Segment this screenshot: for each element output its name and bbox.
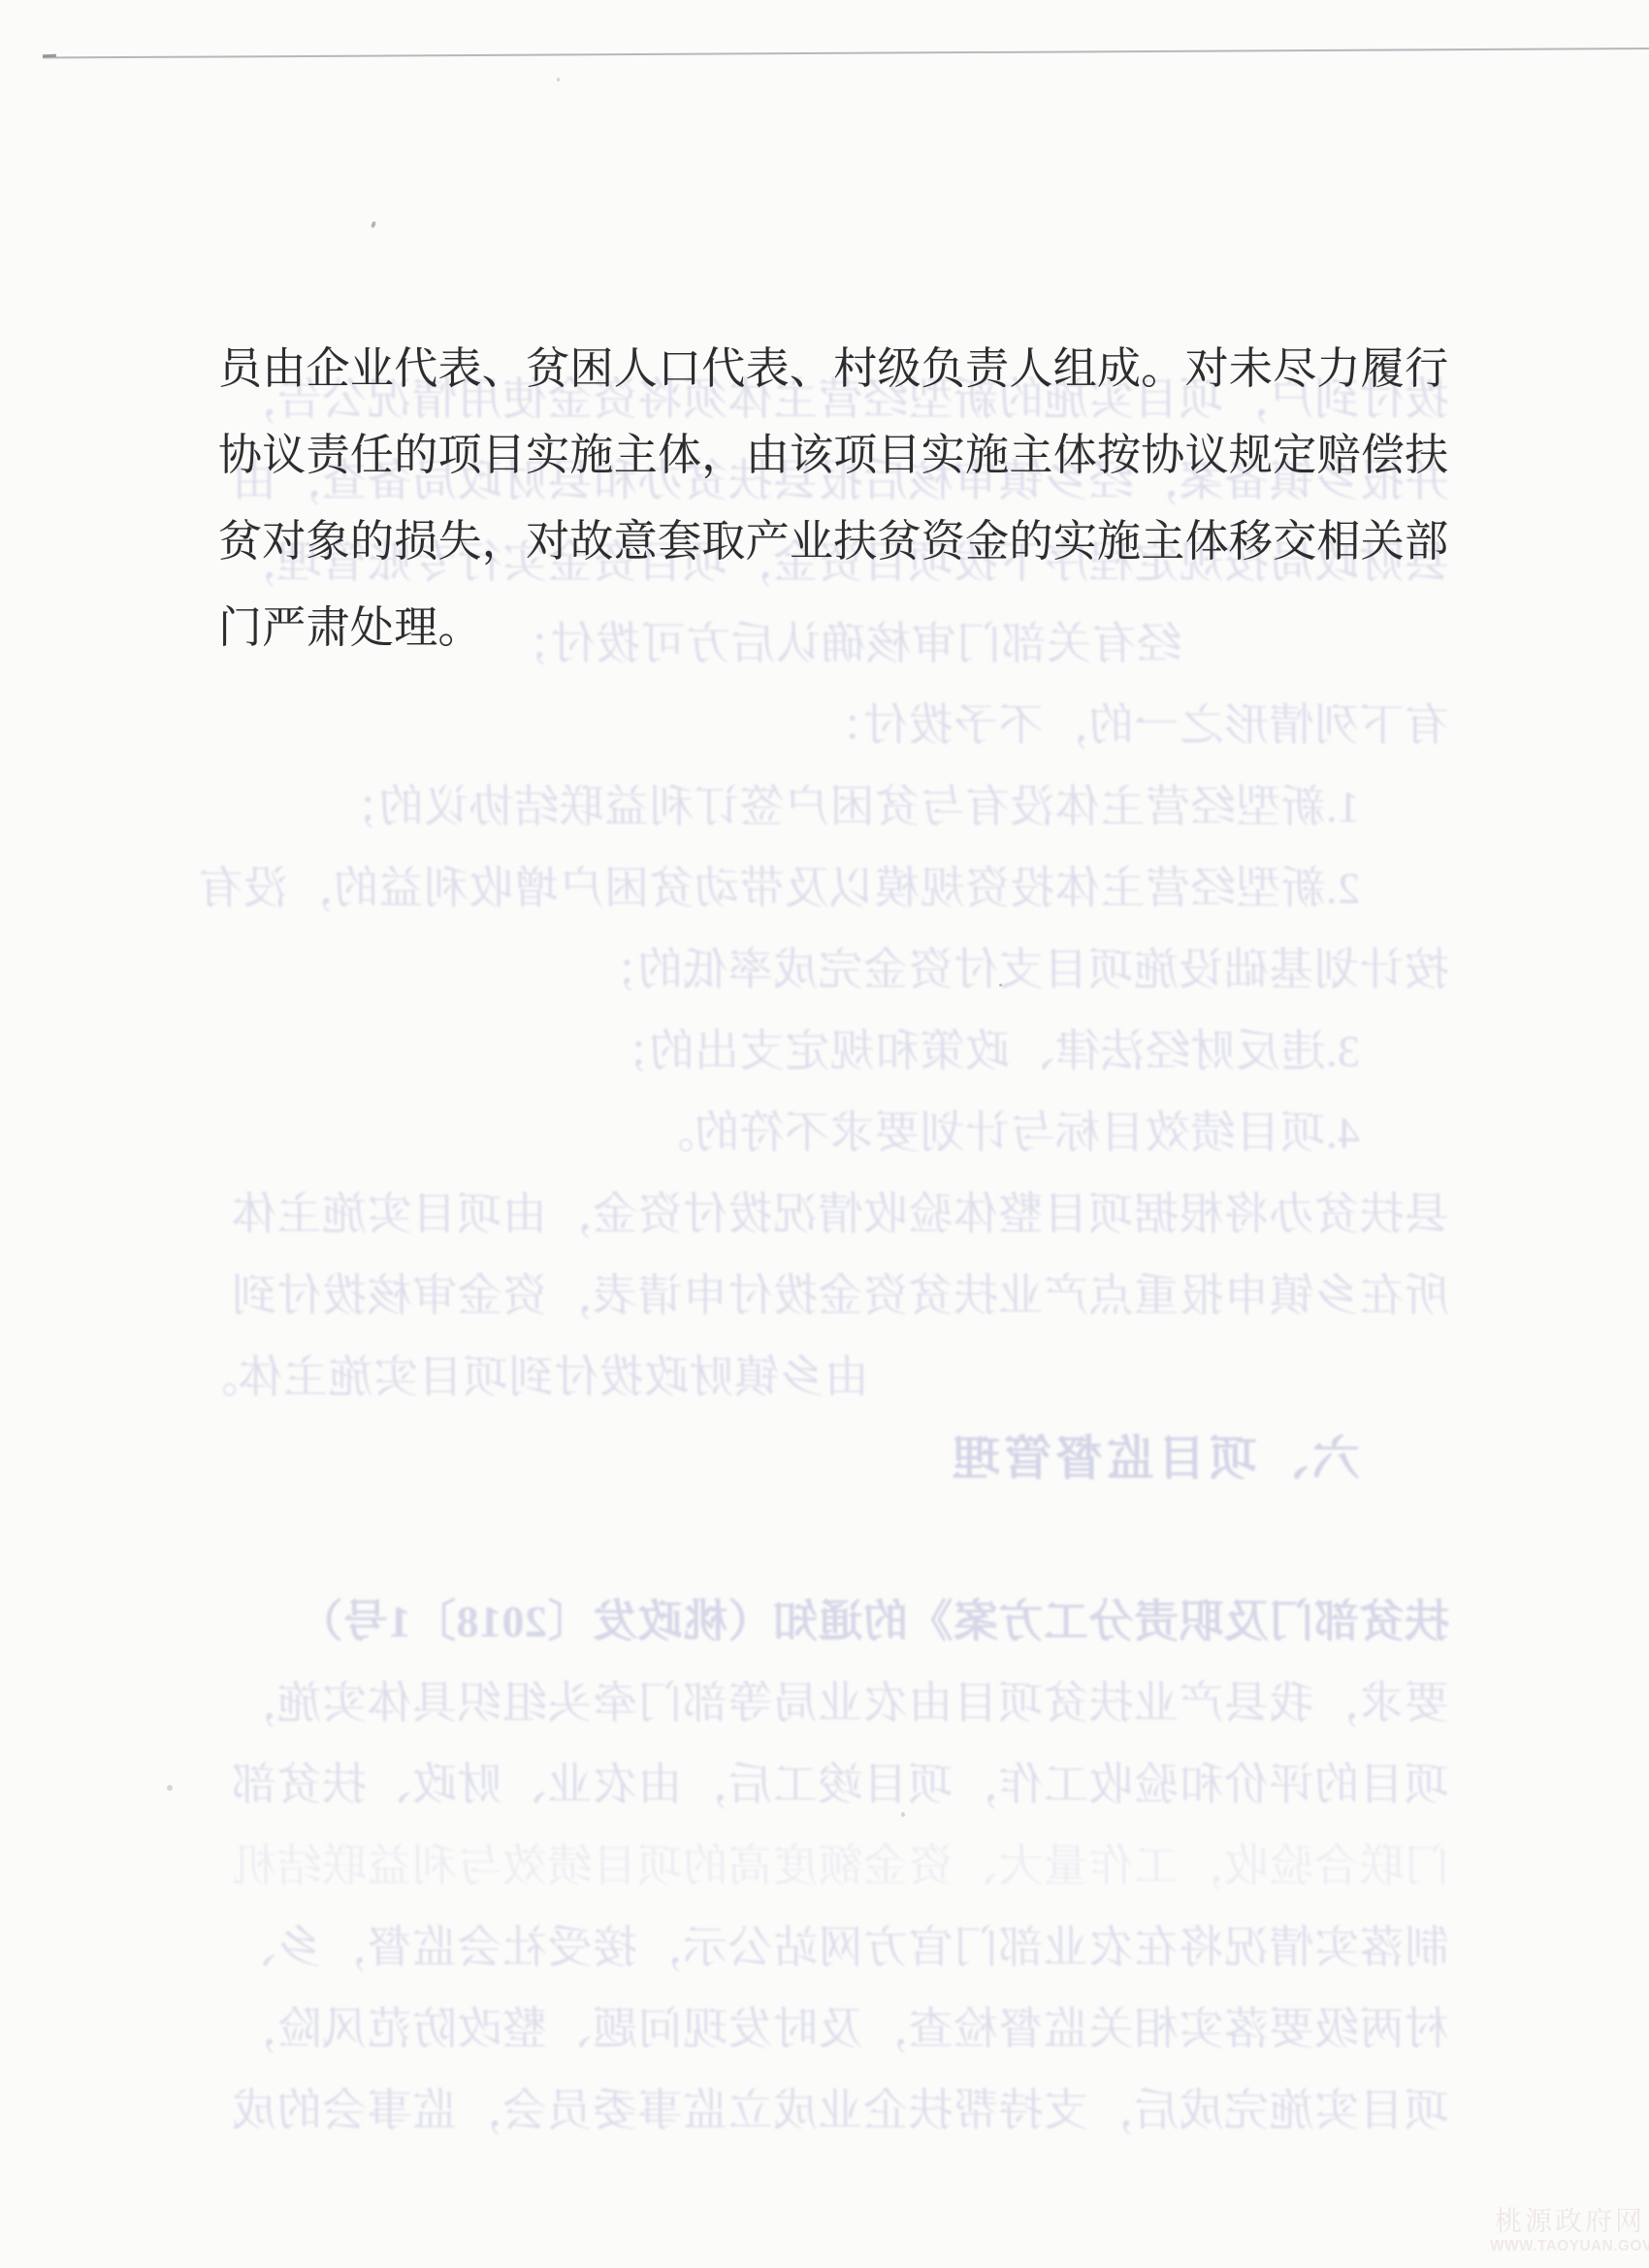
paragraph-line: 员由企业代表、贫困人口代表、村级负责人组成。对未尽力履行 <box>218 343 1448 394</box>
bleedthrough-line: 有下列情形之一的，不予拨付： <box>818 699 1449 752</box>
bleedthrough-line: 门联合验收，工作量大、资金额度高的项目绩效与利益联结机 <box>232 1840 1450 1893</box>
bleedthrough-line: 县扶贫办将根据项目整体验收情况拨付资金，由项目实施主体 <box>232 1188 1450 1241</box>
ink-speck <box>371 221 376 229</box>
ink-speck <box>167 1785 173 1791</box>
bleedthrough-line: 2.新型经营主体投资规模以及带动贫困户增收利益的，没有 <box>198 862 1449 915</box>
watermark: 桃源政府网 WWW.TAOYUAN.GOV.CN <box>1490 2208 1645 2256</box>
paragraph-line: 门严肃处理。 <box>218 602 482 653</box>
bleedthrough-line: 由乡镇财政拨付到项目实施主体。 <box>193 1351 1450 1404</box>
bleedthrough-line: 项目实施完成后，支持帮扶企业成立监事委员会，监事会的成 <box>232 2085 1450 2137</box>
bleedthrough-line: 所在乡镇申报重点产业扶贫资金拨付申请表，资金审核拨付到 <box>232 1270 1450 1322</box>
bleedthrough-line: 4.项目绩效目标与计划要求不符的。 <box>649 1107 1449 1159</box>
bleedthrough-line: 经有关部门审核确认后方可拨付； <box>505 618 1450 670</box>
bleedthrough-line: 项目的评价和验收工作，项目竣工后，由农业、财政、扶贫部 <box>232 1759 1450 1811</box>
bleedthrough-line: 制落实情况将在农业部门官方网站公示，接受社会监督，乡、 <box>232 1922 1450 1974</box>
ink-speck <box>557 78 560 81</box>
bleedthrough-line: 要求，我县产业扶贫项目由农业局等部门牵头组织具体实施， <box>232 1677 1450 1730</box>
paragraph-line: 贫对象的损失，对故意套取产业扶贫资金的实施主体移交相关部 <box>218 516 1448 567</box>
bleedthrough-layer: 拨付到户，项目实施的新型经营主体须将资金使用情况公告，并报乡镇备案，经乡镇审核后… <box>200 0 1449 2268</box>
scanned-page: 拨付到户，项目实施的新型经营主体须将资金使用情况公告，并报乡镇备案，经乡镇审核后… <box>0 0 1649 2268</box>
scan-edge-mark <box>43 54 56 57</box>
bleedthrough-line: 按计划基础设施项目支付资金完成率低的； <box>593 944 1450 996</box>
bleedthrough-line: 扶贫部门及职责分工方案》的通知（桃政发〔2018〕1号） <box>298 1596 1449 1648</box>
watermark-title: 桃源政府网 <box>1490 2208 1645 2237</box>
bleedthrough-line: 1.新型经营主体没有与贫困户签订利益联结协议的； <box>334 781 1450 833</box>
bleedthrough-line: 村两级要落实相关监督检查，及时发现问题、整改防范风险， <box>232 2003 1450 2056</box>
bleedthrough-line: 3.违反财经法律、政策和规定支出的； <box>604 1025 1450 1078</box>
watermark-url: WWW.TAOYUAN.GOV.CN <box>1490 2237 1645 2256</box>
scan-edge-line <box>43 48 1649 59</box>
ink-speck <box>901 1812 905 1817</box>
ink-speck <box>999 984 1002 987</box>
bleedthrough-line: 六、项目监督管理 <box>949 1433 1449 1485</box>
paragraph-line: 协议责任的项目实施主体，由该项目实施主体按协议规定赔偿扶 <box>218 430 1448 480</box>
